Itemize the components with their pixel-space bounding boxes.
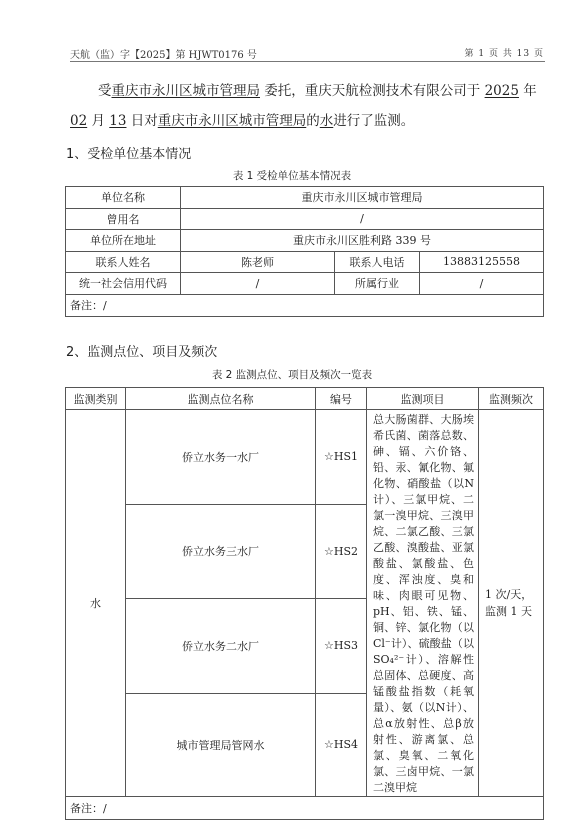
value-cell: / bbox=[181, 273, 335, 295]
site-name: 侨立水务二水厂 bbox=[126, 599, 316, 694]
client-name: 重庆市永川区城市管理局 bbox=[112, 83, 261, 99]
table-row: 备注：/ bbox=[66, 797, 544, 820]
column-header: 监测类别 bbox=[66, 388, 126, 410]
label-cell: 单位名称 bbox=[66, 187, 181, 209]
value-cell: 13883125558 bbox=[420, 251, 544, 273]
intro-text: 进行了监测。 bbox=[333, 113, 414, 129]
value-cell: 重庆市永川区城市管理局 bbox=[181, 187, 544, 209]
value-cell: / bbox=[181, 208, 544, 230]
site-name: 侨立水务一水厂 bbox=[126, 410, 316, 505]
basic-info-table: 单位名称 重庆市永川区城市管理局 曾用名 / 单位所在地址 重庆市永川区胜利路 … bbox=[65, 186, 544, 317]
section-1-title: 1、受检单位基本情况 bbox=[66, 143, 191, 162]
note-cell: 备注：/ bbox=[66, 797, 544, 820]
table-row: 备注：/ bbox=[66, 294, 544, 316]
frequency-line: 监测 1 天 bbox=[485, 603, 543, 620]
value-cell: / bbox=[420, 273, 544, 295]
monitor-day: 13 bbox=[109, 113, 126, 129]
intro-text: 月 bbox=[91, 113, 105, 129]
monitoring-items: 总大肠菌群、大肠埃希氏菌、菌落总数、砷、镉、六价铬、铅、汞、氰化物、氟化物、硝酸… bbox=[367, 410, 479, 797]
intro-text: 的 bbox=[306, 113, 320, 129]
site-code: ☆HS3 bbox=[316, 599, 367, 694]
monitor-year: 2025 bbox=[485, 83, 519, 99]
value-cell: 重庆市永川区胜利路 339 号 bbox=[181, 230, 544, 252]
label-cell: 联系人电话 bbox=[335, 251, 420, 273]
intro-line-1: 受重庆市永川区城市管理局 委托，重庆天航检测技术有限公司于 2025 年 bbox=[98, 79, 537, 99]
table-row: 曾用名 / bbox=[66, 208, 544, 230]
site-code: ☆HS2 bbox=[316, 504, 367, 599]
category-cell: 水 bbox=[66, 410, 126, 797]
column-header: 监测频次 bbox=[479, 388, 544, 410]
note-cell: 备注：/ bbox=[66, 294, 544, 316]
label-cell: 单位所在地址 bbox=[66, 230, 181, 252]
site-code: ☆HS4 bbox=[316, 693, 367, 796]
value-cell: 陈老师 bbox=[181, 251, 335, 273]
header-divider bbox=[70, 61, 545, 62]
column-header: 编号 bbox=[316, 388, 367, 410]
document-number: 天航（监）字【2025】第 HJWT0176 号 bbox=[70, 46, 257, 61]
table-row: 联系人姓名 陈老师 联系人电话 13883125558 bbox=[66, 251, 544, 273]
page-info: 第 1 页 共 13 页 bbox=[465, 46, 544, 59]
monitor-month: 02 bbox=[70, 113, 87, 129]
table-1-caption: 表 1 受检单位基本情况表 bbox=[0, 168, 584, 183]
site-code: ☆HS1 bbox=[316, 410, 367, 505]
table-row: 单位所在地址 重庆市永川区胜利路 339 号 bbox=[66, 230, 544, 252]
label-cell: 所属行业 bbox=[335, 273, 420, 295]
monitoring-table: 监测类别 监测点位名称 编号 监测项目 监测频次 水 侨立水务一水厂 ☆HS1 … bbox=[65, 387, 544, 820]
intro-line-2: 02 月 13 日对重庆市永川区城市管理局的水进行了监测。 bbox=[70, 109, 414, 129]
intro-text: 受 bbox=[98, 83, 112, 99]
intro-text: 委托，重庆天航检测技术有限公司于 bbox=[264, 83, 480, 99]
site-name: 侨立水务三水厂 bbox=[126, 504, 316, 599]
table-header-row: 监测类别 监测点位名称 编号 监测项目 监测频次 bbox=[66, 388, 544, 410]
section-2-title: 2、监测点位、项目及频次 bbox=[66, 341, 217, 360]
intro-text: 年 bbox=[523, 83, 537, 99]
frequency-cell: 1 次/天， 监测 1 天 bbox=[479, 410, 544, 797]
monitor-medium: 水 bbox=[320, 113, 334, 129]
label-cell: 曾用名 bbox=[66, 208, 181, 230]
intro-text: 日对 bbox=[131, 113, 158, 129]
column-header: 监测点位名称 bbox=[126, 388, 316, 410]
label-cell: 联系人姓名 bbox=[66, 251, 181, 273]
frequency-line: 1 次/天， bbox=[485, 586, 543, 603]
table-row: 统一社会信用代码 / 所属行业 / bbox=[66, 273, 544, 295]
site-name: 城市管理局管网水 bbox=[126, 693, 316, 796]
label-cell: 统一社会信用代码 bbox=[66, 273, 181, 295]
column-header: 监测项目 bbox=[367, 388, 479, 410]
client-name-2: 重庆市永川区城市管理局 bbox=[158, 113, 307, 129]
table-row: 单位名称 重庆市永川区城市管理局 bbox=[66, 187, 544, 209]
table-2-caption: 表 2 监测点位、项目及频次一览表 bbox=[0, 367, 584, 382]
table-row: 水 侨立水务一水厂 ☆HS1 总大肠菌群、大肠埃希氏菌、菌落总数、砷、镉、六价铬… bbox=[66, 410, 544, 505]
